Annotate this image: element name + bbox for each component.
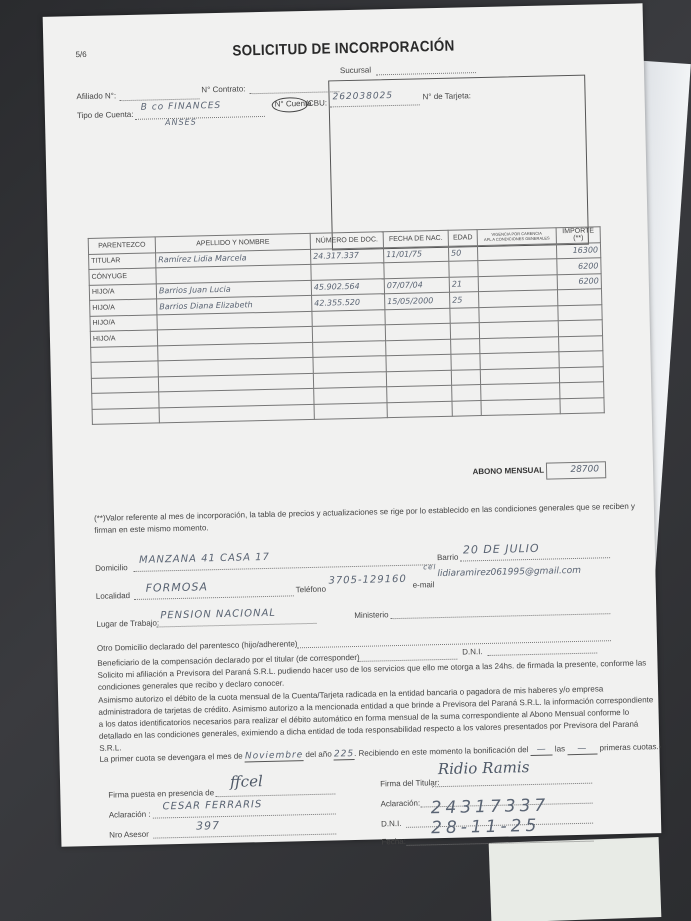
cell-edad[interactable]: 25 xyxy=(450,292,479,308)
abono-mensual-value: 28700 xyxy=(570,464,599,475)
titular-sig-field[interactable] xyxy=(432,783,592,788)
cell-nombre[interactable] xyxy=(159,404,314,423)
tipo-cuenta-field[interactable] xyxy=(135,116,265,120)
domicilio-field[interactable] xyxy=(133,564,433,572)
abono-mensual-field[interactable]: 28700 xyxy=(546,461,606,479)
tipo-cuenta-value: B co FINANCES xyxy=(141,101,222,113)
presencia-field[interactable] xyxy=(215,793,335,797)
cell-vigencia[interactable] xyxy=(479,290,558,307)
trabajo-field[interactable] xyxy=(157,623,317,628)
abono-mensual-label: ABONO MENSUAL xyxy=(472,466,544,477)
dni-beneficiario-field[interactable] xyxy=(487,652,597,655)
cell-importe[interactable] xyxy=(558,304,602,320)
cell-vigencia[interactable] xyxy=(478,274,557,291)
col-parentezco: PARENTEZCO xyxy=(88,237,155,254)
cell-parentezco xyxy=(91,376,158,393)
cell-importe[interactable] xyxy=(558,320,602,336)
dni-beneficiario-label: D.N.I. xyxy=(462,647,483,656)
cell-parentezco: CÓNYUGE xyxy=(89,268,156,285)
cell-fecha[interactable]: 11/01/75 xyxy=(383,246,448,263)
first-quota-month[interactable]: Noviembre xyxy=(245,750,304,762)
aclaracion-value: CESAR FERRARIS xyxy=(162,799,262,812)
localidad-field[interactable] xyxy=(134,595,294,600)
cell-vigencia[interactable] xyxy=(481,398,560,415)
cell-edad[interactable] xyxy=(452,385,481,401)
otro-domicilio-field[interactable] xyxy=(297,640,611,648)
telefono-value: 3705-129160 xyxy=(328,574,406,587)
aclaracion-field[interactable] xyxy=(153,813,336,818)
cell-fecha[interactable] xyxy=(384,261,449,278)
background-paper-corner xyxy=(489,837,662,921)
cell-parentezco: HIJO/A xyxy=(90,299,157,316)
cell-fecha[interactable]: 07/07/04 xyxy=(384,277,449,294)
cell-fecha[interactable] xyxy=(385,308,450,325)
barrio-value: 20 DE JULIO xyxy=(463,542,540,557)
domicilio-label: Domicilio xyxy=(95,563,128,573)
telefono-label: Teléfono xyxy=(296,585,326,595)
aclaracion-label: Aclaración : xyxy=(109,810,151,820)
cell-parentezco: HIJO/A xyxy=(89,283,156,300)
cell-vigencia[interactable] xyxy=(479,321,558,338)
cell-edad[interactable]: 21 xyxy=(449,276,478,292)
application-form-sheet: 5/6 SOLICITUD DE INCORPORACIÓN Sucursal … xyxy=(43,3,662,846)
presencia-label: Firma puesta en presencia de xyxy=(108,788,214,799)
cell-vigencia[interactable] xyxy=(480,336,559,353)
cell-edad[interactable] xyxy=(450,323,479,339)
cell-vigencia[interactable] xyxy=(480,352,559,369)
cell-doc[interactable]: 42.355.520 xyxy=(312,294,385,311)
localidad-label: Localidad xyxy=(96,591,130,601)
cell-edad[interactable] xyxy=(451,338,480,354)
cell-fecha[interactable]: 15/05/2000 xyxy=(385,292,450,309)
first-quota-middle: . Recibiendo en este momento la bonifica… xyxy=(354,745,528,758)
las-label: las xyxy=(555,744,565,753)
fecha-value: 28-11-25 xyxy=(431,816,541,838)
col-doc: NÚMERO DE DOC. xyxy=(310,232,383,249)
cell-doc[interactable] xyxy=(314,402,387,419)
ministerio-label: Ministerio xyxy=(354,610,388,620)
cell-edad[interactable]: 50 xyxy=(448,245,477,261)
cell-importe[interactable] xyxy=(560,382,604,398)
cell-doc[interactable]: 45.902.564 xyxy=(311,278,384,295)
form-title: SOLICITUD DE INCORPORACIÓN xyxy=(73,34,613,63)
cell-doc[interactable] xyxy=(311,263,384,280)
cell-importe[interactable] xyxy=(557,289,601,305)
cell-fecha[interactable] xyxy=(387,385,452,402)
col-edad: EDAD xyxy=(448,230,477,246)
afiliado-label: Afiliado N°: xyxy=(76,91,116,101)
otro-domicilio-label: Otro Domicilio declarado del parentesco … xyxy=(97,639,298,653)
cell-doc[interactable] xyxy=(312,325,385,342)
barrio-label: Barrio xyxy=(437,553,459,562)
cell-importe[interactable]: 6200 xyxy=(557,258,601,274)
photo-box xyxy=(328,75,589,251)
barrio-field[interactable] xyxy=(460,557,610,561)
titular-signature: Ridio Ramis xyxy=(438,758,530,778)
cell-fecha[interactable] xyxy=(385,323,450,340)
cell-doc[interactable] xyxy=(313,371,386,388)
cell-fecha[interactable] xyxy=(386,370,451,387)
trabajo-value: PENSION NACIONAL xyxy=(160,608,276,622)
cell-fecha[interactable] xyxy=(387,401,452,418)
fecha-label: Fecha: xyxy=(381,837,406,847)
cell-importe[interactable] xyxy=(559,335,603,351)
cell-parentezco xyxy=(91,345,158,362)
cell-parentezco xyxy=(92,392,159,409)
cell-edad[interactable] xyxy=(451,354,480,370)
col-vigencia: VIGENCIA POR CARENCIA APL A CONDICIONES … xyxy=(477,228,556,245)
first-quota-prefix: La primer cuota se devengara el mes de xyxy=(99,752,242,764)
cell-importe[interactable]: 16300 xyxy=(556,242,600,258)
cell-doc[interactable] xyxy=(312,309,385,326)
asesor-field[interactable] xyxy=(153,833,336,838)
cell-importe[interactable] xyxy=(559,351,603,367)
asesor-value: 397 xyxy=(196,819,220,833)
cell-edad[interactable] xyxy=(449,261,478,277)
localidad-value: FORMOSA xyxy=(146,580,209,594)
cell-vigencia[interactable] xyxy=(479,305,558,322)
asesor-label: Nro Asesor xyxy=(109,830,149,840)
cell-parentezco: HIJO/A xyxy=(90,314,157,331)
cbu-label: /CBU: xyxy=(306,98,328,107)
aclaracion-titular-label: Aclaración: xyxy=(381,799,421,809)
contrato-label: N° Contrato: xyxy=(201,84,245,94)
cell-fecha[interactable] xyxy=(386,354,451,371)
cell-edad[interactable] xyxy=(451,369,480,385)
cell-doc[interactable] xyxy=(314,387,387,404)
price-note: (**)Valor referente al mes de incorporac… xyxy=(94,500,654,537)
sucursal-label: Sucursal xyxy=(340,65,371,75)
col-vigencia-sub: APL A CONDICIONES GENERALES xyxy=(484,236,550,242)
col-importe: IMPORTE (**) xyxy=(556,227,600,243)
dni-titular-value: 24317337 xyxy=(430,796,549,819)
sucursal-field[interactable] xyxy=(376,72,476,75)
cell-edad[interactable] xyxy=(450,307,479,323)
first-quota-year[interactable]: 225 xyxy=(334,749,354,760)
cell-parentezco: HIJO/A xyxy=(90,330,157,347)
family-members-table: PARENTEZCO APELLIDO Y NOMBRE NÚMERO DE D… xyxy=(88,226,605,425)
dni-titular-label: D.N.I. xyxy=(381,819,402,828)
cell-parentezco xyxy=(92,407,159,424)
presencia-signature: ffcel xyxy=(230,772,263,791)
cell-vigencia[interactable] xyxy=(481,383,560,400)
las-field[interactable]: — xyxy=(567,744,597,756)
cell-fecha[interactable] xyxy=(386,339,451,356)
cell-vigencia[interactable] xyxy=(478,259,557,276)
cell-doc[interactable] xyxy=(313,340,386,357)
cell-parentezco xyxy=(91,361,158,378)
cell-importe[interactable] xyxy=(559,366,603,382)
trabajo-label: Lugar de Trabajo: xyxy=(96,618,159,628)
cell-importe[interactable] xyxy=(560,397,604,413)
cell-vigencia[interactable] xyxy=(480,367,559,384)
cell-edad[interactable] xyxy=(452,400,481,416)
cell-parentezco: TITULAR xyxy=(89,252,156,269)
ministerio-field[interactable] xyxy=(390,613,610,619)
email-value: lidiaramirez061995@gmail.com xyxy=(437,566,581,579)
cell-doc[interactable]: 24.317.337 xyxy=(310,247,383,264)
tipo-cuenta-label: Tipo de Cuenta: xyxy=(77,110,134,120)
cell-doc[interactable] xyxy=(313,356,386,373)
tipo-cuenta-value-2: ANSES xyxy=(165,117,197,127)
telefono-note: cel xyxy=(423,563,436,571)
first-quota-year-label: del año xyxy=(305,750,331,760)
bonus-field[interactable]: — xyxy=(531,745,553,756)
cell-importe[interactable]: 6200 xyxy=(557,273,601,289)
domicilio-value: MANZANA 41 CASA 17 xyxy=(139,552,270,566)
col-fecha: FECHA DE NAC. xyxy=(383,230,448,247)
cell-vigencia[interactable] xyxy=(477,243,556,260)
email-label: e-mail xyxy=(413,580,435,589)
first-quota-suffix: primeras cuotas.- xyxy=(599,742,661,752)
abono-mensual-row: ABONO MENSUAL 28700 xyxy=(93,461,606,489)
titular-sig-label: Firma del Titular: xyxy=(380,778,440,788)
contrato-field[interactable] xyxy=(249,91,339,94)
